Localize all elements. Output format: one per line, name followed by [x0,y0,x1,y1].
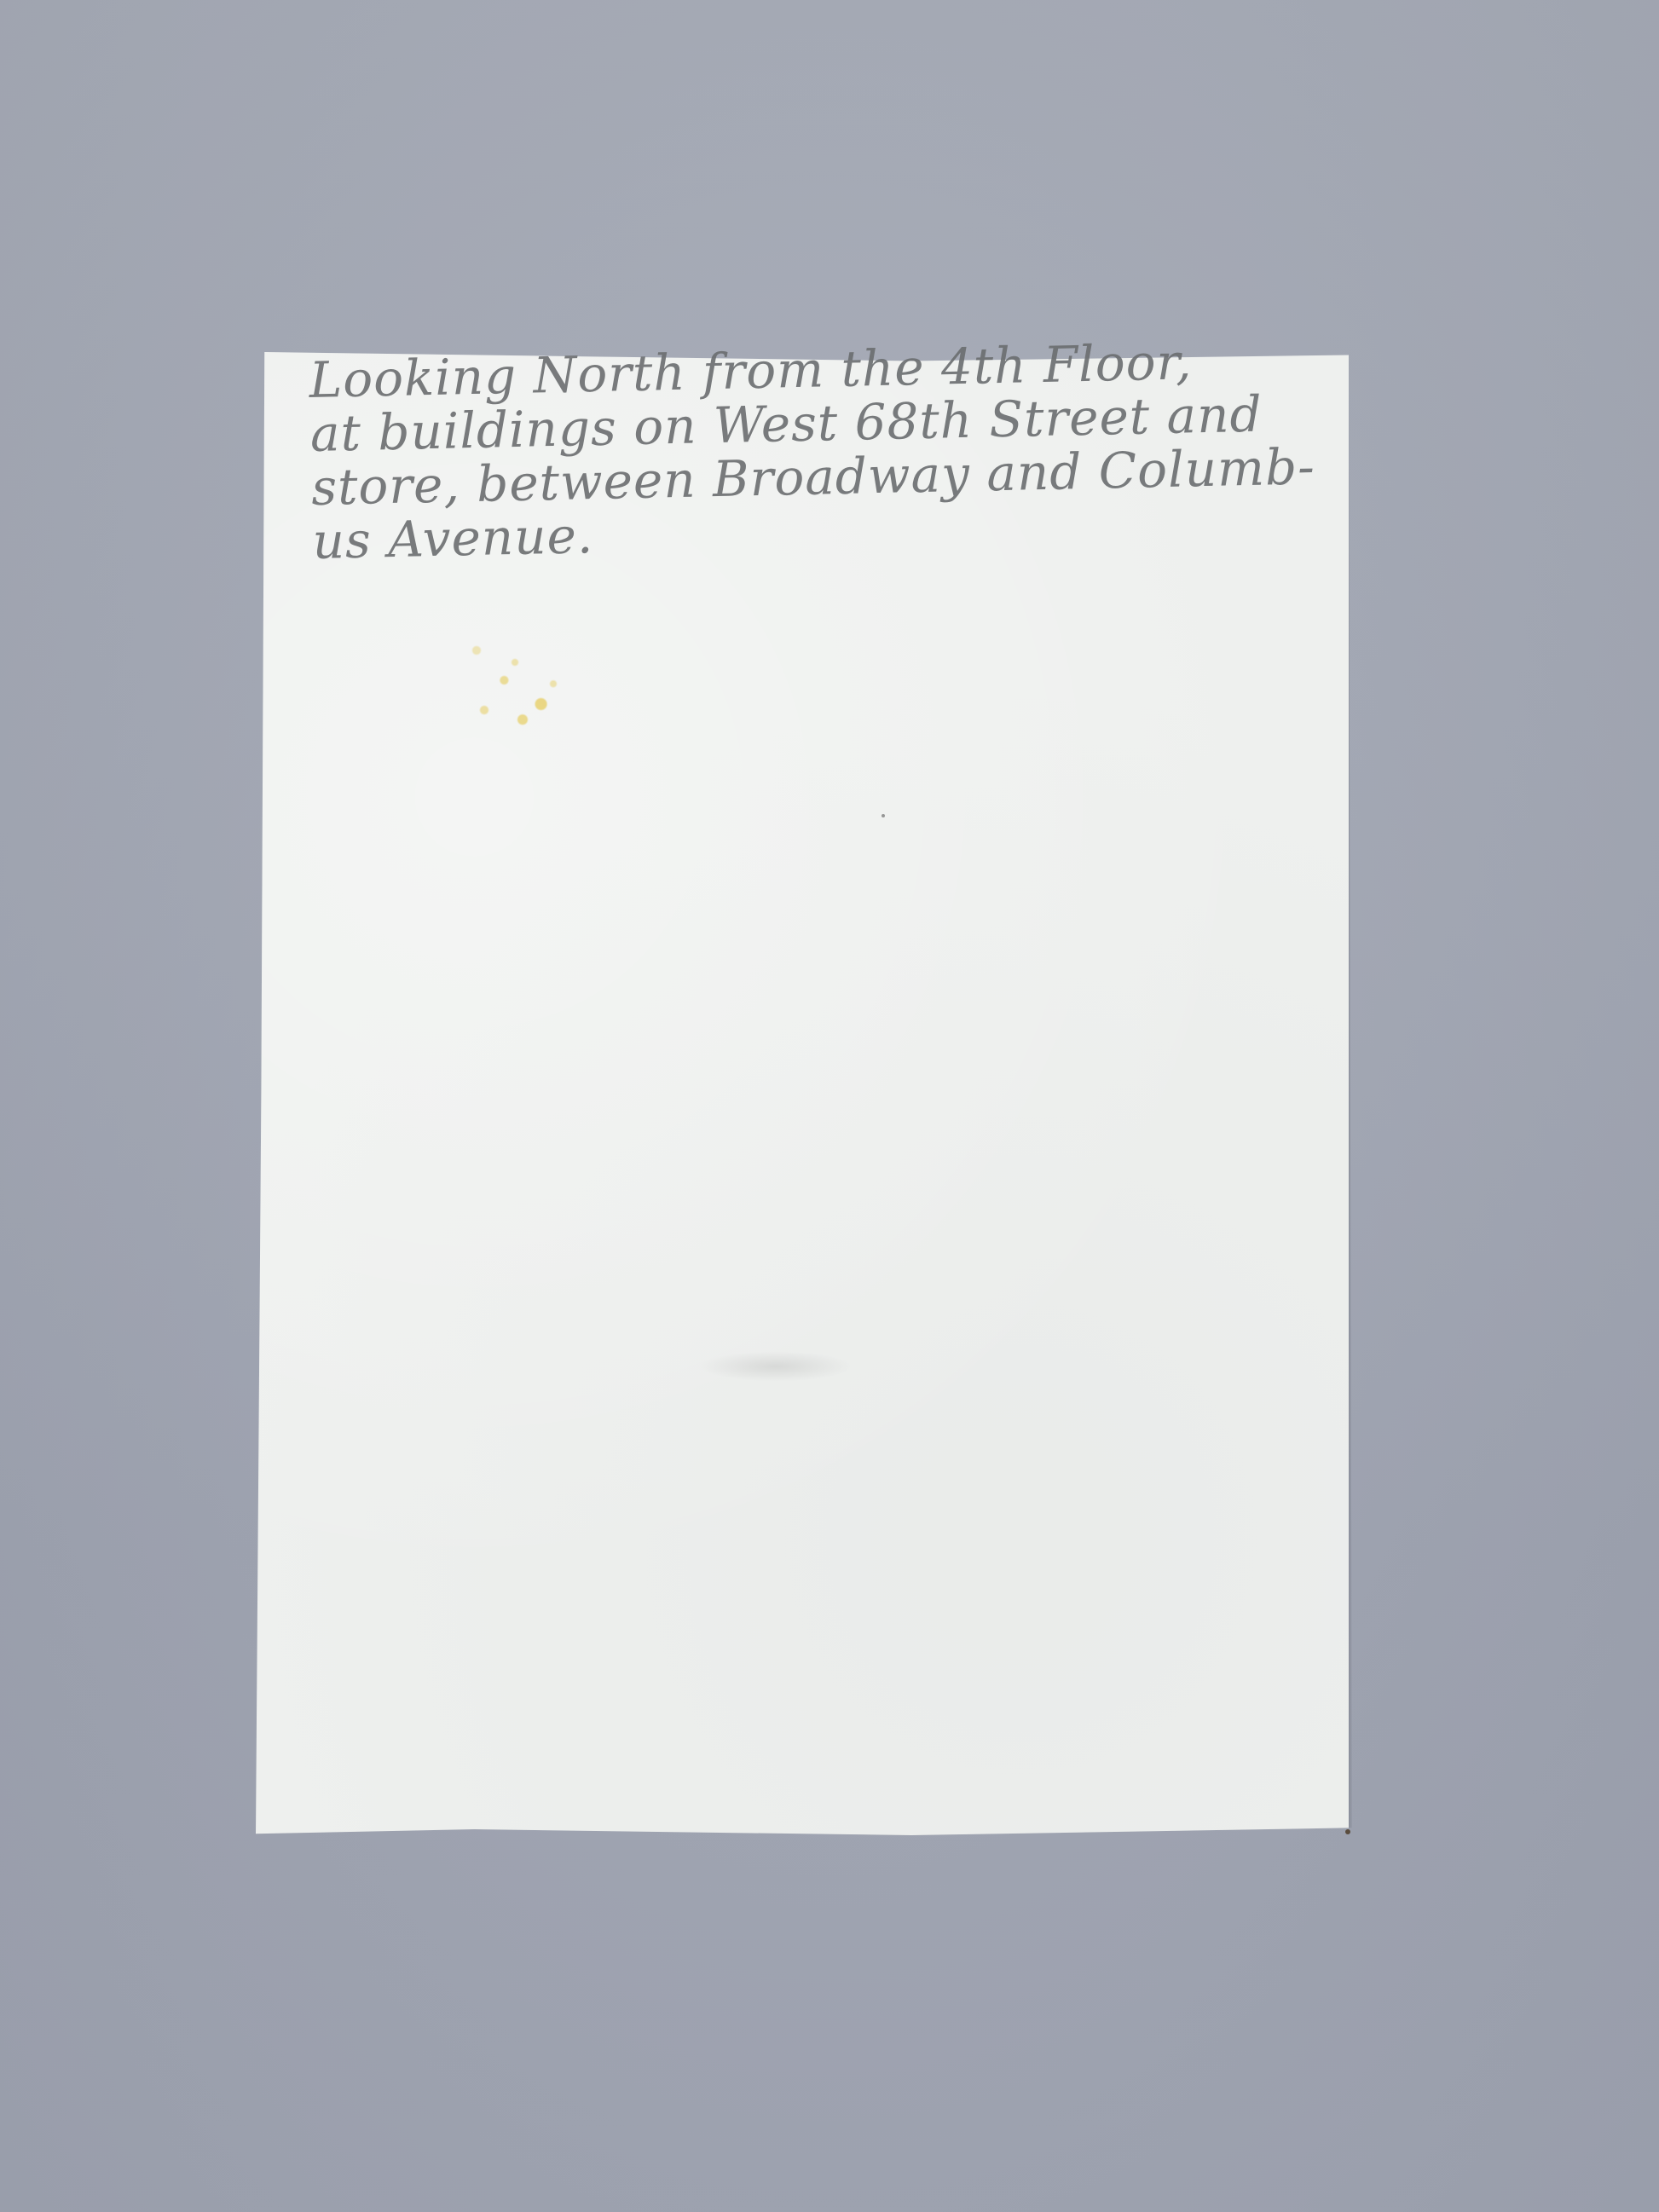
gray-smudge [699,1351,853,1382]
handwritten-inscription: Looking North from the 4th Floor, at bui… [309,332,1361,569]
pencil-dot [882,814,885,817]
corner-mark [1345,1829,1350,1834]
paper-sheet [256,352,1349,1835]
yellow-stain [431,627,584,746]
